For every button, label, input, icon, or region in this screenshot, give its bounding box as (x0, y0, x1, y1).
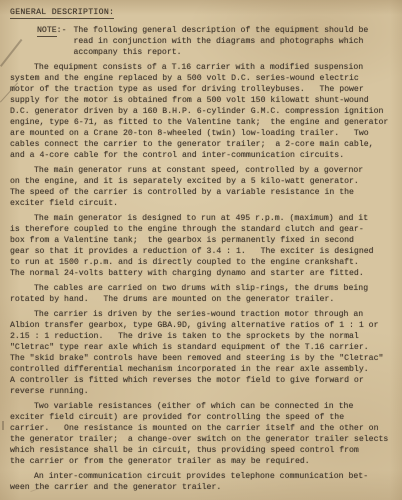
paragraph-carrier-drive: The carrier is driven by the series-woun… (10, 309, 392, 397)
paragraph-equipment-overview: The equipment consists of a T.16 carrier… (10, 62, 392, 161)
margin-tick-mark (2, 421, 4, 430)
section-heading-text: GENERAL DESCRIPTION: (10, 8, 114, 19)
paragraph-cable-drums: The cables are carried on two drums with… (10, 283, 392, 305)
document-page: GENERAL DESCRIPTION: NOTE:- The followin… (0, 0, 402, 500)
paragraph-main-generator-speed: The main generator runs at constant spee… (10, 165, 392, 209)
note-text: The following general description of the… (73, 25, 368, 58)
note-punct: :- (57, 26, 67, 35)
note-label: NOTE:- (37, 25, 66, 58)
note-block: NOTE:- The following general description… (37, 25, 392, 58)
paragraph-intercommunication: An inter-communication circuit provides … (10, 471, 392, 493)
paragraph-generator-coupling: The main generator is designed to run at… (10, 213, 392, 279)
section-heading: GENERAL DESCRIPTION: (10, 7, 392, 18)
paragraph-variable-resistances: Two variable resistances (either of whic… (10, 401, 392, 467)
